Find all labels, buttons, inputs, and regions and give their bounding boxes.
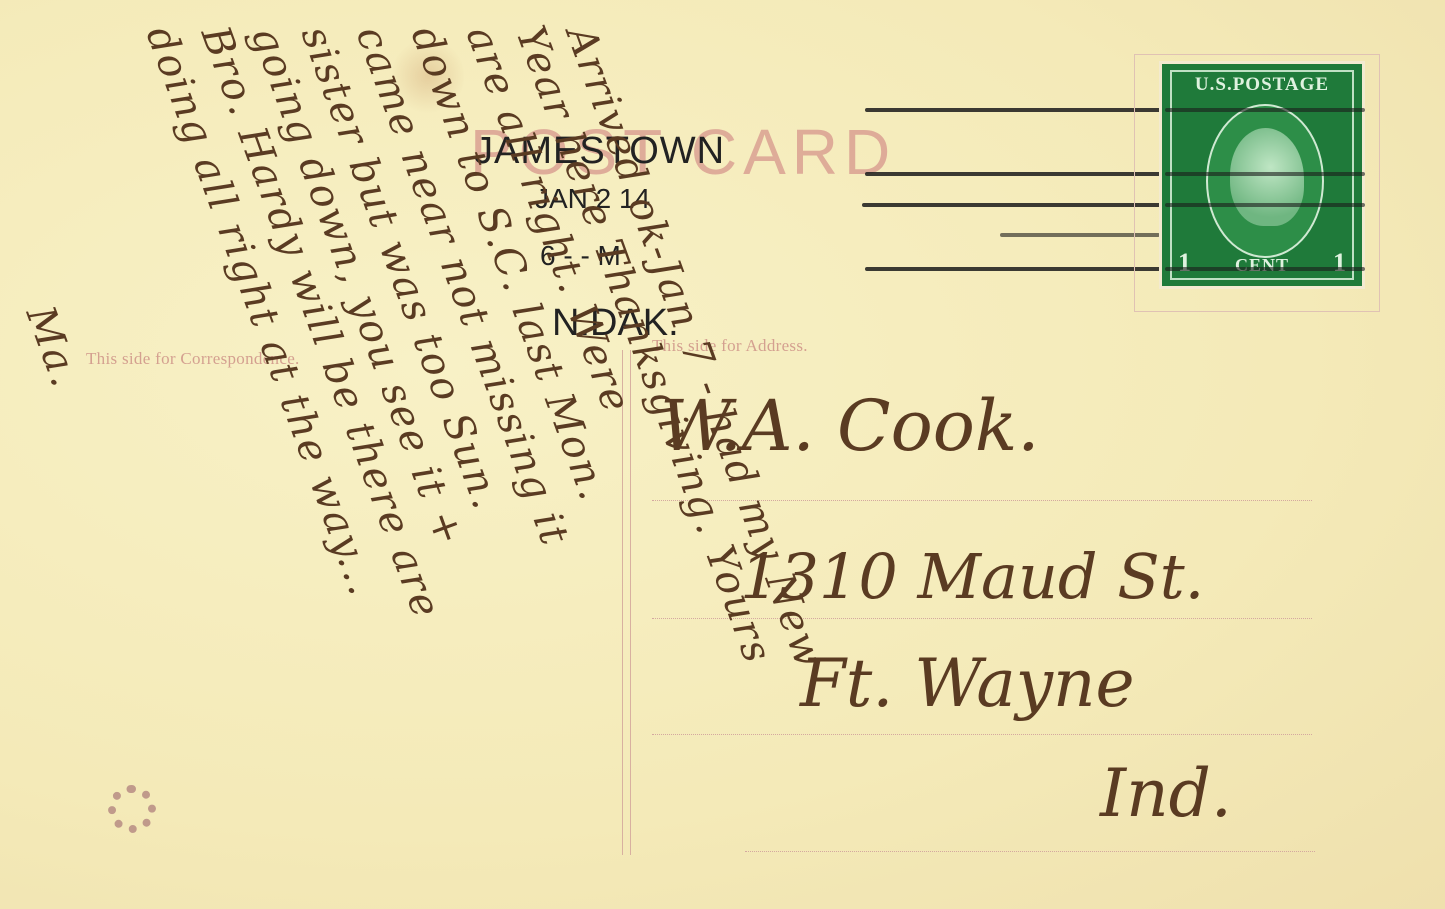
address-state: Ind. <box>1100 755 1232 832</box>
postcard-back: POST CARD JAMESTOWN JAN 2 14 6 - - M N.D… <box>0 0 1445 909</box>
washington-portrait-icon <box>1206 104 1324 258</box>
cancel-line <box>1165 108 1365 112</box>
cancel-line <box>865 172 1165 176</box>
correspondence-area: Arrived ok-Jan 7 - had my New Year here … <box>0 0 620 909</box>
cancel-line <box>865 108 1165 112</box>
cancel-line <box>862 203 1162 207</box>
printer-seal-icon <box>108 785 156 833</box>
cancel-line <box>865 267 1165 271</box>
address-rule <box>745 851 1315 852</box>
cancel-line <box>1165 267 1365 271</box>
correspondence-line: Ma. <box>17 300 89 394</box>
stamp-value-right: 1 <box>1333 248 1346 278</box>
stamp-bottom-text: CENT <box>1172 255 1352 276</box>
center-divider <box>622 350 631 855</box>
address-city: Ft. Wayne <box>800 645 1135 722</box>
address-rule <box>652 734 1312 735</box>
cancel-line <box>1165 172 1365 176</box>
stamp-top-text: U.S.POSTAGE <box>1172 74 1352 96</box>
cancel-line <box>1165 203 1365 207</box>
